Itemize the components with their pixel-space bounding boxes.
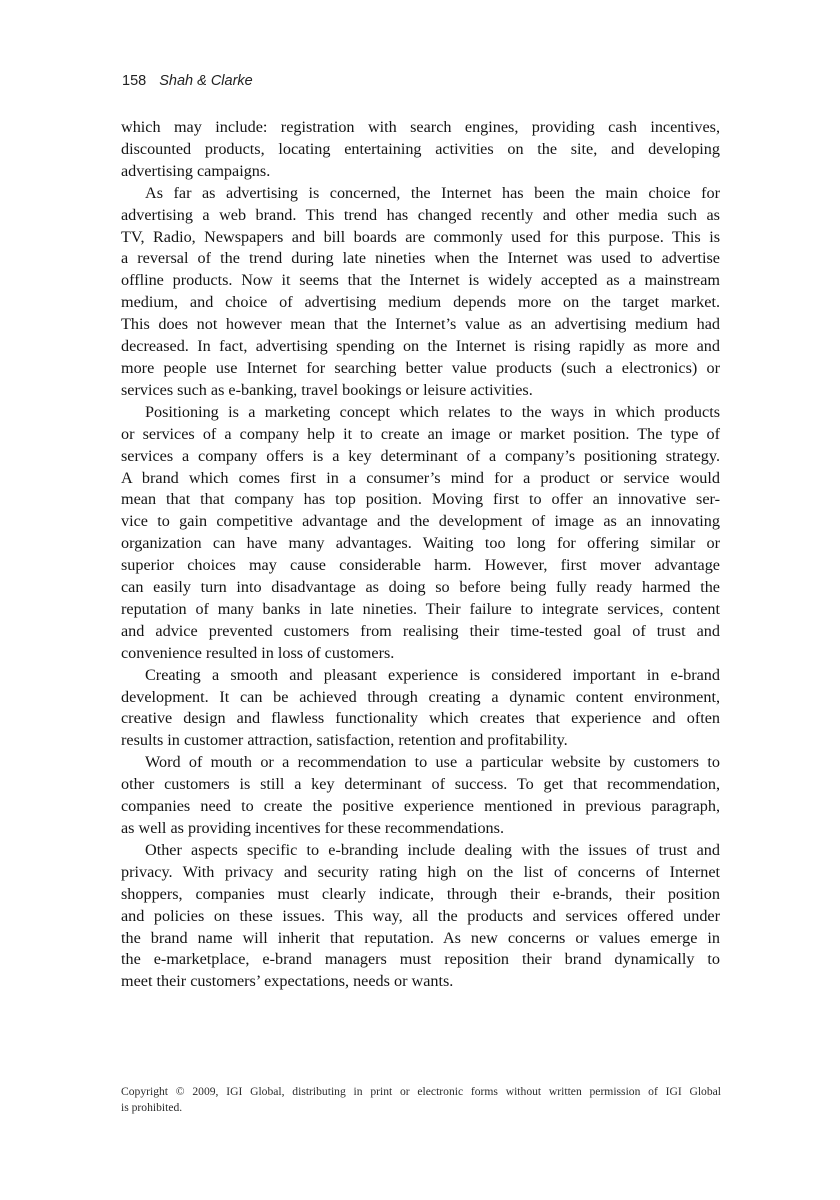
copyright-footer: Copyright © 2009, IGI Global, distributi… (121, 1084, 721, 1115)
paragraph: which may include: registration with sea… (121, 117, 720, 183)
text-line: superior choices may cause considerable … (121, 555, 720, 577)
text-line: or services of a company help it to crea… (121, 424, 720, 446)
text-line: decreased. In fact, advertising spending… (121, 336, 720, 358)
text-line: Word of mouth or a recommendation to use… (121, 752, 720, 774)
text-line: reputation of many banks in late ninetie… (121, 599, 720, 621)
page-number: 158 (122, 73, 146, 89)
paragraph: Word of mouth or a recommendation to use… (121, 752, 720, 840)
running-head: 158 Shah & Clarke (122, 73, 253, 89)
text-line: Positioning is a marketing concept which… (121, 402, 720, 424)
text-line: Other aspects specific to e-branding inc… (121, 840, 720, 862)
text-line: As far as advertising is concerned, the … (121, 183, 720, 205)
text-line: TV, Radio, Newspapers and bill boards ar… (121, 227, 720, 249)
text-line: creative design and flawless functionali… (121, 708, 720, 730)
text-line: convenience resulted in loss of customer… (121, 643, 720, 665)
text-line: Creating a smooth and pleasant experienc… (121, 665, 720, 687)
text-line: a reversal of the trend during late nine… (121, 248, 720, 270)
text-line: mean that that company has top position.… (121, 489, 720, 511)
paragraph: Creating a smooth and pleasant experienc… (121, 665, 720, 753)
paragraph: As far as advertising is concerned, the … (121, 183, 720, 402)
paragraph: Positioning is a marketing concept which… (121, 402, 720, 665)
text-line: This does not however mean that the Inte… (121, 314, 720, 336)
text-line: services such as e-banking, travel booki… (121, 380, 720, 402)
text-line: the e-marketplace, e-brand managers must… (121, 949, 720, 971)
text-line: can easily turn into disadvantage as doi… (121, 577, 720, 599)
text-line: results in customer attraction, satisfac… (121, 730, 720, 752)
text-line: discounted products, locating entertaini… (121, 139, 720, 161)
copyright-line-1: Copyright © 2009, IGI Global, distributi… (121, 1084, 721, 1100)
text-line: meet their customers’ expectations, need… (121, 971, 720, 993)
text-line: development. It can be achieved through … (121, 687, 720, 709)
text-line: medium, and choice of advertising medium… (121, 292, 720, 314)
text-line: which may include: registration with sea… (121, 117, 720, 139)
text-line: as well as providing incentives for thes… (121, 818, 720, 840)
body-text: which may include: registration with sea… (121, 117, 720, 993)
text-line: organization can have many advantages. W… (121, 533, 720, 555)
text-line: advertising a web brand. This trend has … (121, 205, 720, 227)
running-head-authors: Shah & Clarke (159, 73, 253, 89)
text-line: A brand which comes first in a consumer’… (121, 468, 720, 490)
text-line: and advice prevented customers from real… (121, 621, 720, 643)
text-line: privacy. With privacy and security ratin… (121, 862, 720, 884)
text-line: companies need to create the positive ex… (121, 796, 720, 818)
text-line: offline products. Now it seems that the … (121, 270, 720, 292)
copyright-line-2: is prohibited. (121, 1100, 721, 1116)
text-line: and policies on these issues. This way, … (121, 906, 720, 928)
text-line: services a company offers is a key deter… (121, 446, 720, 468)
text-line: other customers is still a key determina… (121, 774, 720, 796)
paragraph: Other aspects specific to e-branding inc… (121, 840, 720, 993)
text-line: more people use Internet for searching b… (121, 358, 720, 380)
text-line: the brand name will inherit that reputat… (121, 928, 720, 950)
text-line: shoppers, companies must clearly indicat… (121, 884, 720, 906)
text-line: advertising campaigns. (121, 161, 720, 183)
text-line: vice to gain competitive advantage and t… (121, 511, 720, 533)
